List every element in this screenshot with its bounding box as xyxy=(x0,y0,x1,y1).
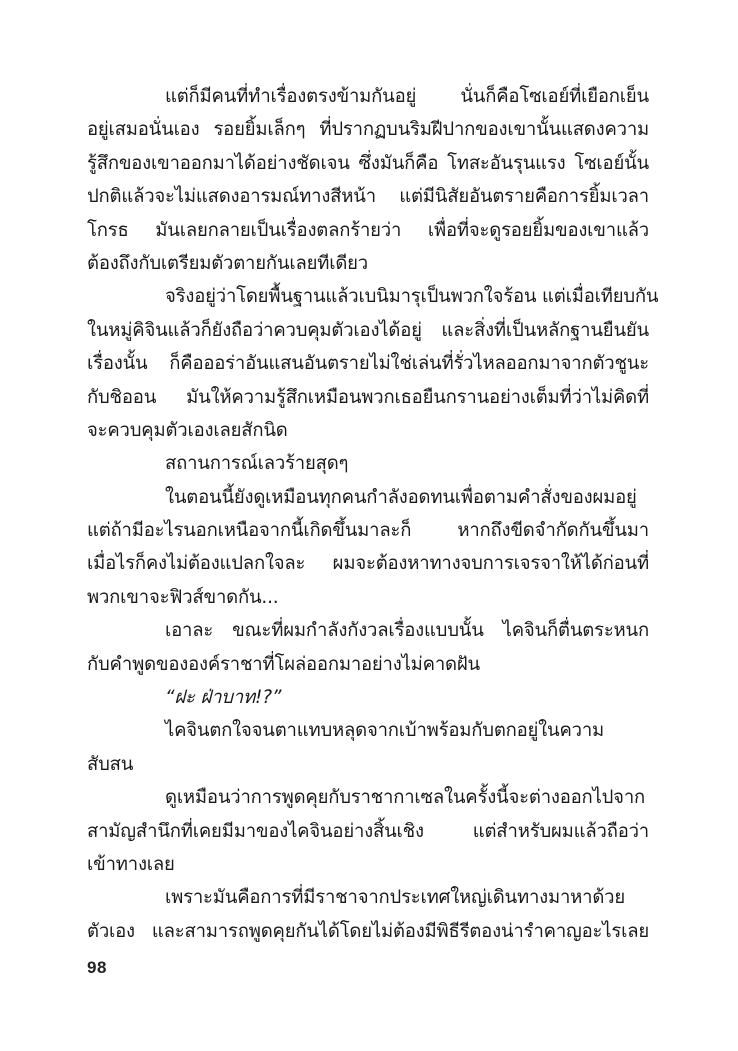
page-number: 98 xyxy=(87,958,107,978)
text-line: กับคำพูดขององค์ราชาที่โผล่ออกมาอย่างไม่ค… xyxy=(87,648,649,681)
text-line: เพราะมันคือการที่มีราชาจากประเทศใหญ่เดิน… xyxy=(87,881,649,914)
text-line: ไคจินตกใจจนตาแทบหลุดจากเบ้าพร้อมกับตกอยู… xyxy=(87,714,649,747)
text-line: จะควบคุมตัวเองเลยสักนิด xyxy=(87,414,649,447)
text-line: ปกติแล้วจะไม่แสดงอารมณ์ทางสีหน้า แต่มีนิ… xyxy=(87,180,649,213)
text-line: เข้าทางเลย xyxy=(87,848,649,881)
text-line: สามัญสำนึกที่เคยมีมาของไคจินอย่างสิ้นเชิ… xyxy=(87,815,649,848)
text-line: เอาละ ขณะที่ผมกำลังกังวลเรื่องแบบนั้น ไค… xyxy=(87,614,649,647)
text-line: ตัวเอง และสามารถพูดคุยกันได้โดยไม่ต้องมี… xyxy=(87,915,649,948)
page-body: แต่ก็มีคนที่ทำเรื่องตรงข้ามกันอยู่ นั่นก… xyxy=(87,80,649,948)
text-line: อยู่เสมอนั่นเอง รอยยิ้มเล็กๆ ที่ปรากฏบนร… xyxy=(87,113,649,146)
text-line: ดูเหมือนว่าการพูดคุยกับราชากาเซลในครั้งน… xyxy=(87,781,649,814)
text-line: แต่ถ้ามีอะไรนอกเหนือจากนี้เกิดขึ้นมาละก็… xyxy=(87,514,649,547)
text-line: กับชิออน มันให้ความรู้สึกเหมือนพวกเธอยืน… xyxy=(87,381,649,414)
text-line: พวกเขาจะฟิวส์ขาดกัน... xyxy=(87,581,649,614)
text-line: เรื่องนั้น ก็คือออร่าอันแสนอันตรายไม่ใช่… xyxy=(87,347,649,380)
dialogue-line: “ฝะ ฝ่าบาท!?” xyxy=(87,681,649,714)
text-line: โกรธ มันเลยกลายเป็นเรื่องตลกร้ายว่า เพื่… xyxy=(87,214,649,247)
text-line: จริงอยู่ว่าโดยพื้นฐานแล้วเบนิมารุเป็นพวก… xyxy=(87,280,649,313)
text-line: ในหมู่คิจินแล้วก็ยังถือว่าควบคุมตัวเองได… xyxy=(87,314,649,347)
text-line: สถานการณ์เลวร้ายสุดๆ xyxy=(87,447,649,480)
text-line: เมื่อไรก็คงไม่ต้องแปลกใจละ ผมจะต้องหาทาง… xyxy=(87,547,649,580)
text-line: สับสน xyxy=(87,748,649,781)
text-line: ในตอนนี้ยังดูเหมือนทุกคนกำลังอดทนเพื่อตา… xyxy=(87,481,649,514)
text-line: ต้องถึงกับเตรียมตัวตายกันเลยทีเดียว xyxy=(87,247,649,280)
text-line: รู้สึกของเขาออกมาได้อย่างชัดเจน ซึ่งมันก… xyxy=(87,147,649,180)
text-line: แต่ก็มีคนที่ทำเรื่องตรงข้ามกันอยู่ นั่นก… xyxy=(87,80,649,113)
